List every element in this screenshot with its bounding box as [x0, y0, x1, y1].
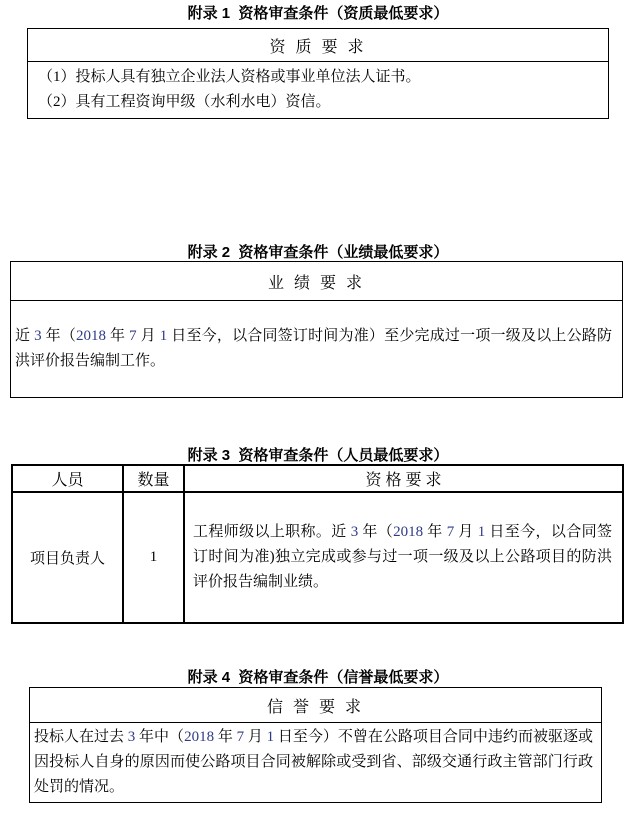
appendix1-table: 资 质 要 求 （1）投标人具有独立企业法人资格或事业单位法人证书。 （2）具有… [27, 28, 609, 119]
appendix4-title: 附录 4 资格审查条件（信誉最低要求） [0, 668, 636, 688]
appendix3-table: 人员 数量 资 格 要 求 项目负责人 1 工程师级以上职称。近 3 年（201… [11, 464, 624, 624]
quantity-cell: 1 [123, 492, 184, 623]
table-header-row: 资 质 要 求 [28, 29, 609, 62]
qualification-cell: 工程师级以上职称。近 3 年（2018 年 7 月 1 日至今，以合同签订时间为… [184, 492, 623, 623]
requirement-paragraph: 工程师级以上职称。近 3 年（2018 年 7 月 1 日至今，以合同签订时间为… [193, 520, 612, 595]
requirement-paragraph: 近 3 年（2018 年 7 月 1 日至今，以合同签订时间为准）至少完成过一项… [15, 324, 612, 374]
requirement-line-1: （1）投标人具有独立企业法人资格或事业单位法人证书。 [38, 65, 598, 90]
appendix1-body-cell: （1）投标人具有独立企业法人资格或事业单位法人证书。 （2）具有工程资询甲级（水… [28, 62, 609, 119]
personnel-cell: 项目负责人 [12, 492, 123, 623]
appendix1-header-cell: 资 质 要 求 [28, 29, 609, 62]
table-header-row: 信 誉 要 求 [30, 688, 602, 723]
appendix4-header-cell: 信 誉 要 求 [30, 688, 602, 723]
requirement-paragraph: 投标人在过去 3 年中（2018 年 7 月 1 日至今）不曾在公路项目合同中违… [34, 725, 593, 800]
table-row: 投标人在过去 3 年中（2018 年 7 月 1 日至今）不曾在公路项目合同中违… [30, 723, 602, 803]
table-header-row: 人员 数量 资 格 要 求 [12, 465, 623, 492]
appendix2-title: 附录 2 资格审查条件（业绩最低要求） [0, 243, 636, 263]
appendix4-body-cell: 投标人在过去 3 年中（2018 年 7 月 1 日至今）不曾在公路项目合同中违… [30, 723, 602, 803]
appendix2-body-cell: 近 3 年（2018 年 7 月 1 日至今，以合同签订时间为准）至少完成过一项… [11, 301, 623, 398]
appendix3-title: 附录 3 资格审查条件（人员最低要求） [0, 446, 636, 466]
table-row: 近 3 年（2018 年 7 月 1 日至今，以合同签订时间为准）至少完成过一项… [11, 301, 623, 398]
document-page: 附录 1 资格审查条件（资质最低要求） 资 质 要 求 （1）投标人具有独立企业… [0, 0, 636, 821]
appendix2-header-cell: 业 绩 要 求 [11, 262, 623, 301]
appendix2-table: 业 绩 要 求 近 3 年（2018 年 7 月 1 日至今，以合同签订时间为准… [10, 261, 623, 398]
column-header-quantity: 数量 [123, 465, 184, 492]
table-row: （1）投标人具有独立企业法人资格或事业单位法人证书。 （2）具有工程资询甲级（水… [28, 62, 609, 119]
requirement-line-2: （2）具有工程资询甲级（水利水电）资信。 [38, 90, 598, 115]
table-row: 项目负责人 1 工程师级以上职称。近 3 年（2018 年 7 月 1 日至今，… [12, 492, 623, 623]
column-header-personnel: 人员 [12, 465, 123, 492]
appendix4-table: 信 誉 要 求 投标人在过去 3 年中（2018 年 7 月 1 日至今）不曾在… [29, 687, 602, 803]
table-header-row: 业 绩 要 求 [11, 262, 623, 301]
appendix1-title: 附录 1 资格审查条件（资质最低要求） [0, 4, 636, 24]
column-header-qualification: 资 格 要 求 [184, 465, 623, 492]
